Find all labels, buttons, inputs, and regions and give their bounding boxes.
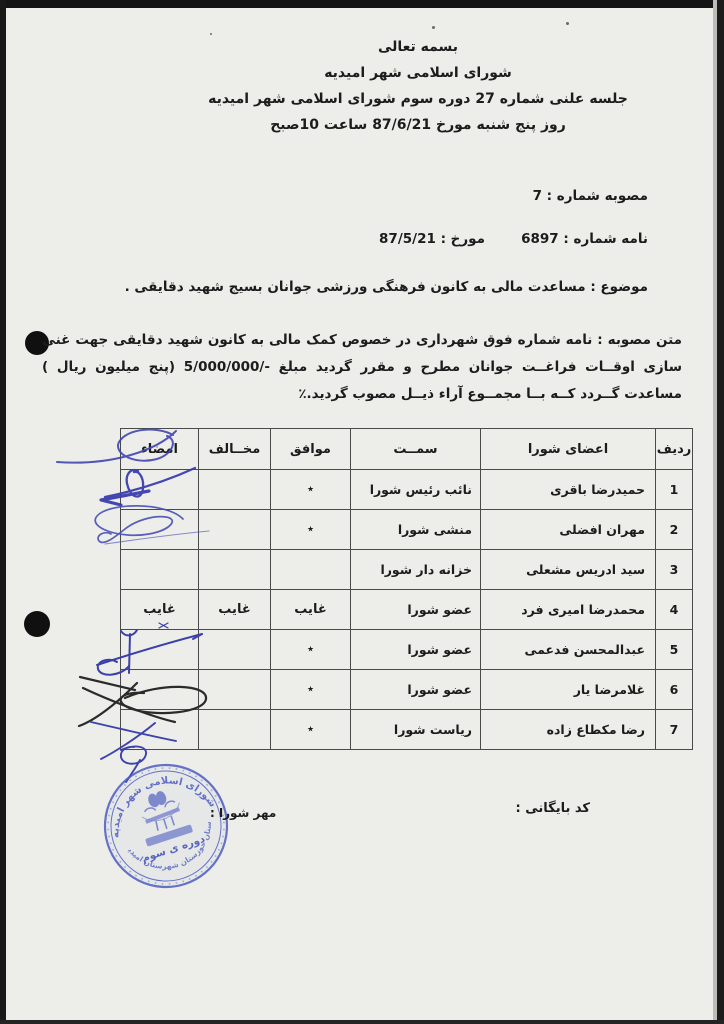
scanned-document-page: بسمه تعالی شورای اسلامی شهر امیدیه جلسه … xyxy=(0,0,724,1024)
signature-cell xyxy=(121,510,199,550)
council-stamp: شورای اسلامی شهر امیدیه استان خوزستان شه… xyxy=(100,760,232,892)
svg-text:شورای اسلامی شهر امیدیه: شورای اسلامی شهر امیدیه xyxy=(100,761,219,842)
row-no: 7 xyxy=(656,710,693,750)
resolution-body-text: متن مصوبه : نامه شماره فوق شهرداری در خص… xyxy=(42,327,682,408)
row-no: 5 xyxy=(656,630,693,670)
member-position: عضو شورا xyxy=(351,670,481,710)
agree-mark: ٭ xyxy=(271,670,351,710)
agree-mark: ٭ xyxy=(271,470,351,510)
member-position: خزانه دار شورا xyxy=(351,550,481,590)
header-agree: موافق xyxy=(271,429,351,470)
scan-speck xyxy=(566,22,569,25)
letter-number-value: 6897 xyxy=(521,231,559,247)
letter-number-label: نامه شماره : xyxy=(563,231,648,247)
council-name-line: شورای اسلامی شهر امیدیه xyxy=(148,60,688,86)
row-no: 1 xyxy=(656,470,693,510)
header-signature: امضاء xyxy=(121,429,199,470)
document-header: بسمه تعالی شورای اسلامی شهر امیدیه جلسه … xyxy=(148,34,688,138)
member-position: ریاست شورا xyxy=(351,710,481,750)
bismillah-line: بسمه تعالی xyxy=(148,34,688,60)
member-position: منشی شورا xyxy=(351,510,481,550)
punch-hole-bottom xyxy=(24,611,50,637)
header-position: سمــت xyxy=(351,429,481,470)
disagree-mark xyxy=(199,470,271,510)
letter-date-line: مورخ : 87/5/21 xyxy=(379,231,485,247)
scan-border-top xyxy=(0,0,724,8)
table-row: 1 حمیدرضا باقری نائب رئیس شورا ٭ xyxy=(121,470,693,510)
signature-cell xyxy=(121,630,199,670)
scan-border-bottom xyxy=(0,1020,724,1024)
row-no: 3 xyxy=(656,550,693,590)
table-row: 4 محمدرضا امیری فرد عضو شورا غایب غایب غ… xyxy=(121,590,693,630)
member-name: محمدرضا امیری فرد xyxy=(481,590,656,630)
stamp-tick-ring xyxy=(100,760,232,892)
header-row-no: ردیف xyxy=(656,429,693,470)
resolution-number-line: مصوبه شماره : 7 xyxy=(533,188,648,204)
stamp-emblem xyxy=(136,786,186,835)
stamp-inner-ring xyxy=(100,760,232,892)
agree-mark xyxy=(271,550,351,590)
member-position: عضو شورا xyxy=(351,630,481,670)
stamp-center-text: دوره ی سوم xyxy=(140,833,207,865)
scan-border-left xyxy=(0,0,6,1024)
member-position: نائب رئیس شورا xyxy=(351,470,481,510)
archive-code-label: کد بایگانی : xyxy=(516,801,590,816)
table-header-row: ردیف اعضای شورا سمــت موافق مخــالف امضا… xyxy=(121,429,693,470)
disagree-mark xyxy=(199,510,271,550)
member-name: عبدالمحسن فدعمی xyxy=(481,630,656,670)
agree-mark: غایب xyxy=(271,590,351,630)
signature-cell xyxy=(121,550,199,590)
member-name: غلامرضا یار xyxy=(481,670,656,710)
council-votes-table: ردیف اعضای شورا سمــت موافق مخــالف امضا… xyxy=(120,428,693,750)
row-no: 2 xyxy=(656,510,693,550)
signature-cell: غایب xyxy=(121,590,199,630)
stamp-banner xyxy=(145,824,193,846)
member-name: رضا مکطاع زاده xyxy=(481,710,656,750)
table-row: 2 مهران افضلی منشی شورا ٭ xyxy=(121,510,693,550)
scan-speck xyxy=(432,26,435,29)
subject-line: موضوع : مساعدت مالی به کانون فرهنگی ورزش… xyxy=(125,279,648,295)
disagree-mark: غایب xyxy=(199,590,271,630)
member-name: مهران افضلی xyxy=(481,510,656,550)
stamp-arc-bottom-text: استان خوزستان شهرستان امیدیه xyxy=(100,760,224,890)
table-row: 6 غلامرضا یار عضو شورا ٭ xyxy=(121,670,693,710)
session-datetime-line: روز پنج شنبه مورخ 87/6/21 ساعت 10صبح xyxy=(148,112,688,138)
header-disagree: مخــالف xyxy=(199,429,271,470)
disagree-mark xyxy=(199,710,271,750)
row-no: 6 xyxy=(656,670,693,710)
agree-mark: ٭ xyxy=(271,630,351,670)
table-row: 5 عبدالمحسن فدعمی عضو شورا ٭ xyxy=(121,630,693,670)
signature-cell xyxy=(121,670,199,710)
letter-date-label: مورخ : xyxy=(441,231,485,247)
disagree-mark xyxy=(199,630,271,670)
header-member: اعضای شورا xyxy=(481,429,656,470)
member-position: عضو شورا xyxy=(351,590,481,630)
disagree-mark xyxy=(199,670,271,710)
letter-number-line: نامه شماره : 6897 xyxy=(521,231,648,247)
disagree-mark xyxy=(199,550,271,590)
agree-mark: ٭ xyxy=(271,510,351,550)
signature-cell xyxy=(121,470,199,510)
scan-border-right xyxy=(717,0,724,1024)
session-line: جلسه علنی شماره 27 دوره سوم شورای اسلامی… xyxy=(148,86,688,112)
table-row: 7 رضا مکطاع زاده ریاست شورا ٭ xyxy=(121,710,693,750)
stamp-label: مهر شورا : xyxy=(210,806,276,820)
member-name: سید ادریس مشعلی xyxy=(481,550,656,590)
agree-mark: ٭ xyxy=(271,710,351,750)
row-no: 4 xyxy=(656,590,693,630)
letter-date-value: 87/5/21 xyxy=(379,231,436,247)
stamp-outer-ring xyxy=(100,760,232,892)
signature-cell xyxy=(121,710,199,750)
table-row: 3 سید ادریس مشعلی خزانه دار شورا xyxy=(121,550,693,590)
stamp-arc-top-text: شورای اسلامی شهر امیدیه xyxy=(100,761,219,842)
member-name: حمیدرضا باقری xyxy=(481,470,656,510)
svg-text:استان خوزستان شهرستان امیدیه: استان خوزستان شهرستان امیدیه xyxy=(100,760,224,890)
resolution-number-label: مصوبه شماره : xyxy=(547,188,648,204)
resolution-number-value: 7 xyxy=(533,188,542,204)
